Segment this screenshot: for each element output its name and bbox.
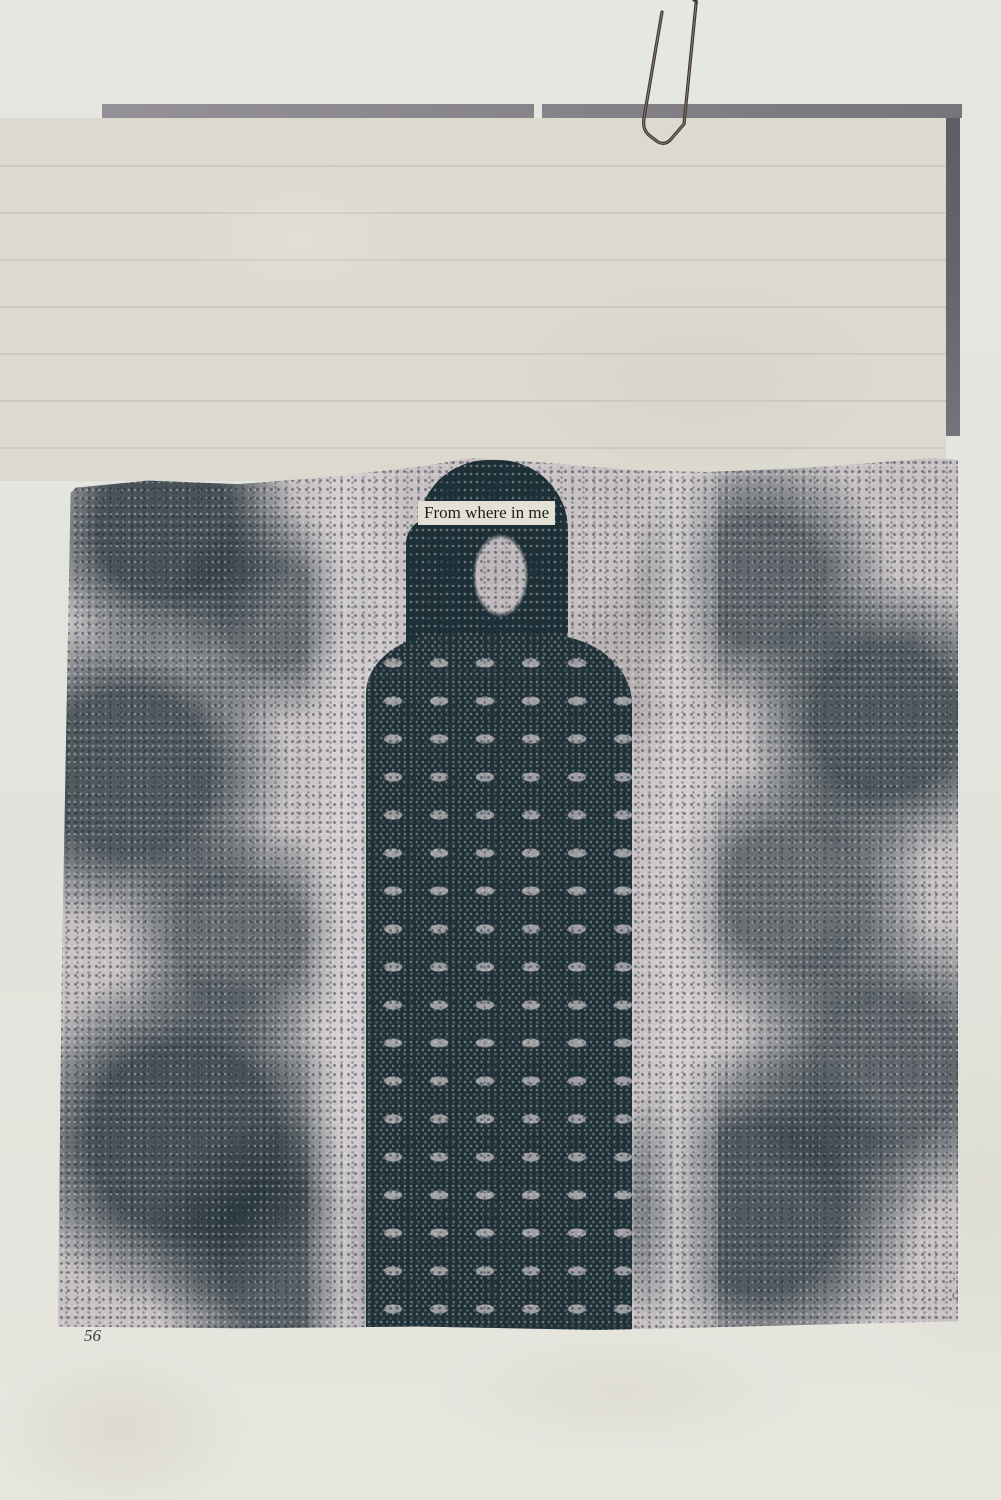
margin-letter: ; [952, 1266, 968, 1286]
back-frame-notch [534, 104, 542, 118]
margin-letter: y [952, 1078, 968, 1098]
margin-letter: c [952, 1286, 968, 1306]
page-number: 56 [84, 1326, 101, 1346]
margin-letters: y e s ; c [952, 1078, 968, 1306]
print-speckle-texture [58, 458, 958, 1330]
caption-strip: From where in me [418, 501, 555, 525]
lined-paper-sheet [0, 118, 946, 480]
journal-page: From where in me 56 y e s ; c [0, 0, 1001, 1500]
margin-letter: s [952, 1118, 968, 1138]
monoprint-image [58, 458, 958, 1330]
back-frame-top-strip [102, 104, 962, 118]
paperclip-icon [636, 0, 706, 150]
back-frame-right-strip [944, 118, 960, 436]
margin-letter: e [952, 1098, 968, 1118]
